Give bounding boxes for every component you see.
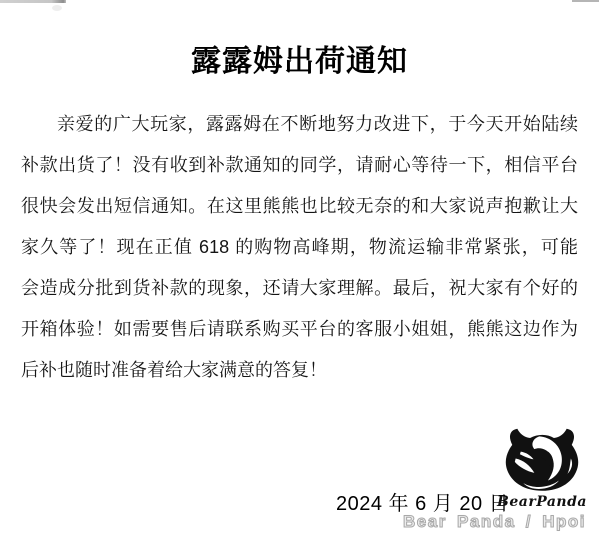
bearpanda-logo-text: BearPanda: [497, 494, 587, 510]
watermark-text: Bear Panda / Hpoi: [403, 512, 586, 532]
top-left-edge-artifact: [0, 0, 66, 3]
notice-page: 露露姆出荷通知 亲爱的广大玩家，露露姆在不断地努力改进下，于今天开始陆续 补款出…: [0, 0, 599, 542]
notice-body-line: 会造成分批到货补款的现象，还请大家理解。最后，祝大家有个好的: [21, 268, 578, 309]
notice-body-line: 亲爱的广大玩家，露露姆在不断地努力改进下，于今天开始陆续: [21, 104, 578, 145]
notice-body-line: 后补也随时准备着给大家满意的答复！: [21, 350, 578, 391]
notice-body: 亲爱的广大玩家，露露姆在不断地努力改进下，于今天开始陆续 补款出货了！没有收到补…: [21, 104, 578, 391]
notice-body-line: 很快会发出短信通知。在这里熊熊也比较无奈的和大家说声抱歉让大: [21, 186, 578, 227]
bearpanda-logo: BearPanda: [497, 427, 587, 510]
top-left-smudge: [52, 5, 62, 11]
notice-body-line: 补款出货了！没有收到补款通知的同学，请耐心等待一下，相信平台: [21, 145, 578, 186]
notice-body-line: 开箱体验！如需要售后请联系购买平台的客服小姐姐，熊熊这边作为: [21, 309, 578, 350]
notice-title: 露露姆出荷通知: [0, 36, 599, 80]
top-right-edge-artifact: [572, 0, 599, 2]
bearpanda-panda-face-icon: [497, 427, 587, 495]
notice-body-line: 家久等了！现在正值 618 的购物高峰期，物流运输非常紧张，可能: [21, 227, 578, 268]
